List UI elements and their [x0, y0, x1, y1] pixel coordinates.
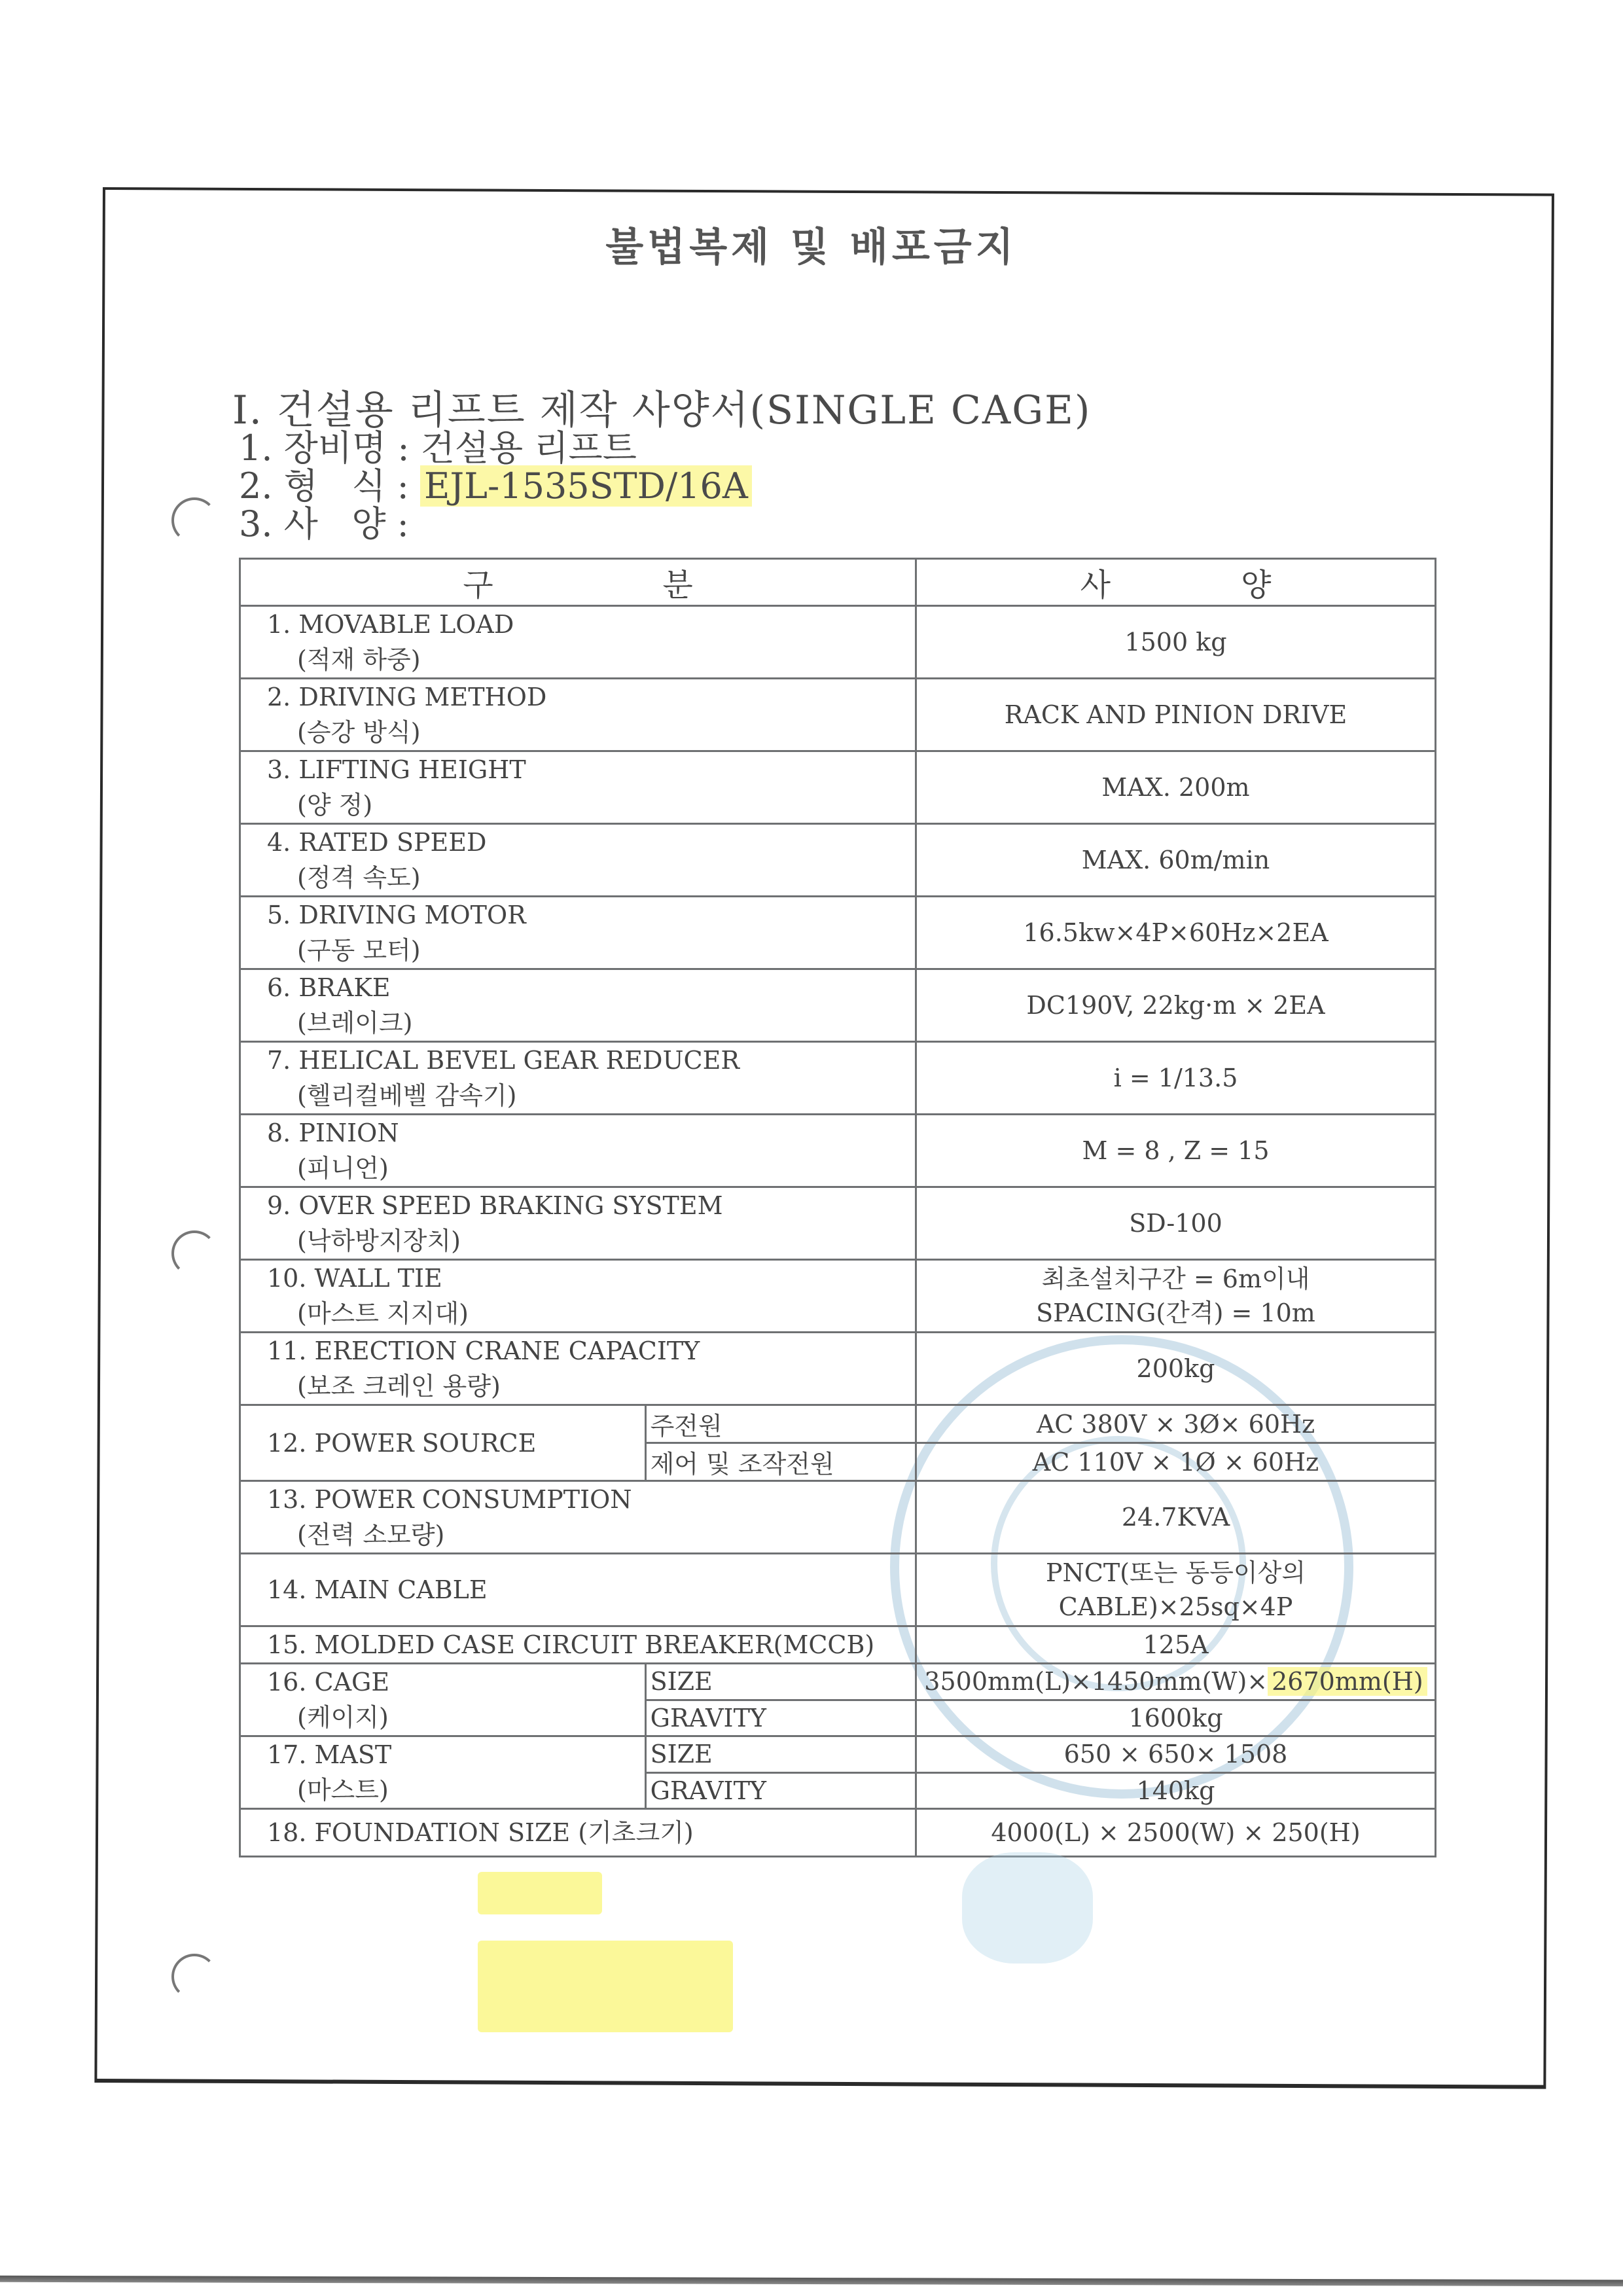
sub-label-cell: GRAVITY — [645, 1772, 916, 1809]
table-row: 18. FOUNDATION SIZE (기초크기)4000(L) × 2500… — [240, 1809, 1436, 1857]
item-cell: 11. ERECTION CRANE CAPACITY(보조 크레인 용량) — [240, 1333, 916, 1405]
table-row: 7. HELICAL BEVEL GEAR REDUCER(헬리컬베벨 감속기)… — [240, 1042, 1436, 1115]
table-row: 15. MOLDED CASE CIRCUIT BREAKER(MCCB)125… — [240, 1626, 1436, 1664]
item-cell: 13. POWER CONSUMPTION(전력 소모량) — [240, 1481, 916, 1554]
spec-value-cell: 최초설치구간 = 6m이내SPACING(간격) = 10m — [916, 1260, 1436, 1333]
item-name-en: 16. CAGE — [267, 1664, 638, 1700]
item-cell: 6. BRAKE(브레이크) — [240, 969, 916, 1042]
item-cell: 18. FOUNDATION SIZE (기초크기) — [240, 1809, 916, 1857]
spec-value-cell: 24.7KVA — [916, 1481, 1436, 1554]
spec-value-cell: DC190V, 22kg·m × 2EA — [916, 969, 1436, 1042]
item-cell: 10. WALL TIE(마스트 지지대) — [240, 1260, 916, 1333]
spec-value-cell: 1500 kg — [916, 606, 1436, 679]
table-row: 9. OVER SPEED BRAKING SYSTEM(낙하방지장치)SD-1… — [240, 1187, 1436, 1260]
item-cell: 7. HELICAL BEVEL GEAR REDUCER(헬리컬베벨 감속기) — [240, 1042, 916, 1115]
item-name-en: 8. PINION — [267, 1115, 908, 1151]
header-category: 구 분 — [240, 559, 916, 606]
copy-prohibited-watermark: 불법복제 및 배포금지 — [0, 216, 1623, 272]
sub-label-cell: GRAVITY — [645, 1700, 916, 1736]
spec-value: AC 380V × 3Ø× 60Hz — [923, 1407, 1428, 1441]
item-name-ko: (보조 크레인 용량) — [267, 1369, 908, 1404]
item-cell: 12. POWER SOURCE — [240, 1405, 646, 1481]
spec-value: 1600kg — [923, 1701, 1428, 1735]
item-name-en: 5. DRIVING MOTOR — [267, 897, 908, 933]
item-name-ko: (마스트) — [267, 1772, 638, 1808]
item-cell: 9. OVER SPEED BRAKING SYSTEM(낙하방지장치) — [240, 1187, 916, 1260]
spec-label: 3. 사 양 : — [239, 503, 409, 545]
spec-value: 16.5kw×4P×60Hz×2EA — [923, 916, 1428, 950]
item-name-ko: (구동 모터) — [267, 933, 908, 968]
item-cell: 5. DRIVING MOTOR(구동 모터) — [240, 897, 916, 969]
spec-value-cell: PNCT(또는 동등이상의CABLE)×25sq×4P — [916, 1554, 1436, 1626]
sub-label: SIZE — [651, 1667, 908, 1696]
header-char: 사 — [1080, 560, 1111, 605]
spec-value-cell: MAX. 60m/min — [916, 824, 1436, 897]
spec-value-cell: 200kg — [916, 1333, 1436, 1405]
table-row: 6. BRAKE(브레이크)DC190V, 22kg·m × 2EA — [240, 969, 1436, 1042]
spec-value-line: SPACING(간격) = 10m — [923, 1296, 1428, 1330]
model-value: EJL-1535STD/16A — [420, 465, 752, 507]
spec-value: AC 110V × 1Ø × 60Hz — [923, 1445, 1428, 1479]
table-row: 3. LIFTING HEIGHT(양 정)MAX. 200m — [240, 751, 1436, 824]
item-name-en: 17. MAST — [267, 1737, 638, 1772]
sub-label-cell: 제어 및 조작전원 — [645, 1443, 916, 1481]
spec-value-cell: 3500mm(L)×1450mm(W)×2670mm(H) — [916, 1664, 1436, 1700]
highlighter-mark — [478, 1941, 733, 2032]
spec-value-highlighted: 2670mm(H) — [1268, 1667, 1427, 1696]
item-cell: 8. PINION(피니언) — [240, 1115, 916, 1187]
table-row-cage-size: 16. CAGE(케이지)SIZE3500mm(L)×1450mm(W)×267… — [240, 1664, 1436, 1700]
item-name-ko: (케이지) — [267, 1700, 638, 1735]
item-name-en: 15. MOLDED CASE CIRCUIT BREAKER(MCCB) — [267, 1627, 908, 1662]
spec-value: RACK AND PINION DRIVE — [923, 698, 1428, 732]
item-name-en: 7. HELICAL BEVEL GEAR REDUCER — [267, 1043, 908, 1078]
sub-label-cell: SIZE — [645, 1736, 916, 1773]
spec-label-line: 3. 사 양 : — [232, 505, 1091, 543]
table-row: 13. POWER CONSUMPTION(전력 소모량)24.7KVA — [240, 1481, 1436, 1554]
table-header-row: 구 분 사 양 — [240, 559, 1436, 606]
spec-value-cell: i = 1/13.5 — [916, 1042, 1436, 1115]
spec-value: DC190V, 22kg·m × 2EA — [923, 988, 1428, 1022]
item-name-ko: (양 정) — [267, 787, 908, 823]
item-name-ko: (정격 속도) — [267, 860, 908, 895]
spec-value-cell: AC 110V × 1Ø × 60Hz — [916, 1443, 1436, 1481]
spec-value: 4000(L) × 2500(W) × 250(H) — [923, 1816, 1428, 1850]
spec-table: 구 분 사 양 1. MOVABLE LOAD(적재 하중)1500 kg2. … — [239, 558, 1436, 1857]
item-cell: 1. MOVABLE LOAD(적재 하중) — [240, 606, 916, 679]
item-name-en: 4. RATED SPEED — [267, 825, 908, 860]
item-name-en: 6. BRAKE — [267, 970, 908, 1005]
item-name-en: 10. WALL TIE — [267, 1261, 908, 1296]
item-cell: 4. RATED SPEED(정격 속도) — [240, 824, 916, 897]
highlighter-mark — [478, 1872, 602, 1914]
spec-value-cell: AC 380V × 3Ø× 60Hz — [916, 1405, 1436, 1443]
spec-value-cell: 650 × 650× 1508 — [916, 1736, 1436, 1773]
spec-value-cell: RACK AND PINION DRIVE — [916, 679, 1436, 751]
spec-value: 650 × 650× 1508 — [923, 1737, 1428, 1771]
item-name-en: 9. OVER SPEED BRAKING SYSTEM — [267, 1188, 908, 1223]
item-name-ko: (브레이크) — [267, 1005, 908, 1041]
spec-value: 24.7KVA — [923, 1500, 1428, 1534]
document-title: I. 건설용 리프트 제작 사양서(SINGLE CAGE) — [232, 391, 1091, 429]
item-cell: 16. CAGE(케이지) — [240, 1664, 646, 1736]
item-name-en: 14. MAIN CABLE — [267, 1572, 908, 1607]
spec-value: 140kg — [923, 1774, 1428, 1808]
sub-label: GRAVITY — [651, 1776, 908, 1805]
sub-label: 제어 및 조작전원 — [651, 1444, 908, 1480]
spec-value-cell: 1600kg — [916, 1700, 1436, 1736]
ink-smudge — [962, 1852, 1093, 1964]
item-name-ko: (낙하방지장치) — [267, 1223, 908, 1259]
item-name-ko: (피니언) — [267, 1151, 908, 1186]
item-cell: 17. MAST(마스트) — [240, 1736, 646, 1809]
item-name-ko: (승강 방식) — [267, 715, 908, 750]
spec-value-cell: M = 8 , Z = 15 — [916, 1115, 1436, 1187]
spec-value-cell: 125A — [916, 1626, 1436, 1664]
equipment-label: 1. 장비명 : — [239, 427, 410, 469]
item-name-ko: (마스트 지지대) — [267, 1296, 908, 1331]
header-char: 구 — [463, 560, 493, 605]
item-name-ko: (헬리컬베벨 감속기) — [267, 1078, 908, 1113]
spec-value: 3500mm(L)×1450mm(W)× — [924, 1667, 1268, 1696]
item-name-en: 11. ERECTION CRANE CAPACITY — [267, 1333, 908, 1369]
spec-value-line: 최초설치구간 = 6m이내 — [923, 1262, 1428, 1296]
item-name-en: 3. LIFTING HEIGHT — [267, 752, 908, 787]
item-name-en: 1. MOVABLE LOAD — [267, 607, 908, 642]
item-cell: 2. DRIVING METHOD(승강 방식) — [240, 679, 916, 751]
spec-value-cell: MAX. 200m — [916, 751, 1436, 824]
spec-value: 200kg — [923, 1352, 1428, 1386]
item-cell: 15. MOLDED CASE CIRCUIT BREAKER(MCCB) — [240, 1626, 916, 1664]
punch-hole — [171, 1230, 217, 1276]
item-name-ko: (전력 소모량) — [267, 1517, 908, 1552]
table-row: 4. RATED SPEED(정격 속도)MAX. 60m/min — [240, 824, 1436, 897]
table-row: 5. DRIVING MOTOR(구동 모터)16.5kw×4P×60Hz×2E… — [240, 897, 1436, 969]
item-name-en: 12. POWER SOURCE — [267, 1426, 638, 1461]
header-spec: 사 양 — [916, 559, 1436, 606]
spec-value-cell: 16.5kw×4P×60Hz×2EA — [916, 897, 1436, 969]
spec-value: 1500 kg — [923, 625, 1428, 659]
spec-value: M = 8 , Z = 15 — [923, 1134, 1428, 1168]
scan-bottom-edge — [0, 2276, 1623, 2286]
punch-hole — [171, 1954, 217, 2000]
spec-value-cell: 140kg — [916, 1772, 1436, 1809]
spec-heading: I. 건설용 리프트 제작 사양서(SINGLE CAGE) 1. 장비명 : … — [232, 391, 1091, 543]
spec-value-line: CABLE)×25sq×4P — [923, 1590, 1428, 1624]
equipment-name-line: 1. 장비명 : 건설용 리프트 — [232, 429, 1091, 467]
table-row: 11. ERECTION CRANE CAPACITY(보조 크레인 용량)20… — [240, 1333, 1436, 1405]
item-name-ko: (적재 하중) — [267, 642, 908, 677]
item-name-en: 2. DRIVING METHOD — [267, 679, 908, 715]
sub-label: GRAVITY — [651, 1704, 908, 1732]
header-char: 분 — [662, 560, 692, 605]
table-row: 14. MAIN CABLEPNCT(또는 동등이상의CABLE)×25sq×4… — [240, 1554, 1436, 1626]
header-char: 양 — [1241, 560, 1271, 605]
table-row-power-source: 12. POWER SOURCE주전원AC 380V × 3Ø× 60Hz — [240, 1405, 1436, 1443]
model-line: 2. 형 식 : EJL-1535STD/16A — [232, 467, 1091, 505]
sub-label: 주전원 — [651, 1406, 908, 1442]
spec-value: i = 1/13.5 — [923, 1061, 1428, 1095]
spec-value-cell: SD-100 — [916, 1187, 1436, 1260]
table-row: 2. DRIVING METHOD(승강 방식)RACK AND PINION … — [240, 679, 1436, 751]
equipment-value: 건설용 리프트 — [421, 427, 637, 469]
item-cell: 14. MAIN CABLE — [240, 1554, 916, 1626]
table-row: 8. PINION(피니언)M = 8 , Z = 15 — [240, 1115, 1436, 1187]
sub-label: SIZE — [651, 1740, 908, 1768]
item-cell: 3. LIFTING HEIGHT(양 정) — [240, 751, 916, 824]
sub-label-cell: SIZE — [645, 1664, 916, 1700]
item-name-en: 13. POWER CONSUMPTION — [267, 1482, 908, 1517]
model-label: 2. 형 식 : — [239, 465, 409, 507]
item-name-en: 18. FOUNDATION SIZE (기초크기) — [267, 1815, 908, 1850]
spec-value: SD-100 — [923, 1206, 1428, 1240]
spec-value-line: PNCT(또는 동등이상의 — [923, 1556, 1428, 1590]
spec-value: 125A — [923, 1628, 1428, 1662]
table-row-mast-size: 17. MAST(마스트)SIZE650 × 650× 1508 — [240, 1736, 1436, 1773]
spec-value: MAX. 60m/min — [923, 843, 1428, 877]
sub-label-cell: 주전원 — [645, 1405, 916, 1443]
punch-hole — [171, 497, 217, 543]
table-row: 1. MOVABLE LOAD(적재 하중)1500 kg — [240, 606, 1436, 679]
table-row: 10. WALL TIE(마스트 지지대)최초설치구간 = 6m이내SPACIN… — [240, 1260, 1436, 1333]
spec-value: MAX. 200m — [923, 770, 1428, 804]
spec-value-cell: 4000(L) × 2500(W) × 250(H) — [916, 1809, 1436, 1857]
